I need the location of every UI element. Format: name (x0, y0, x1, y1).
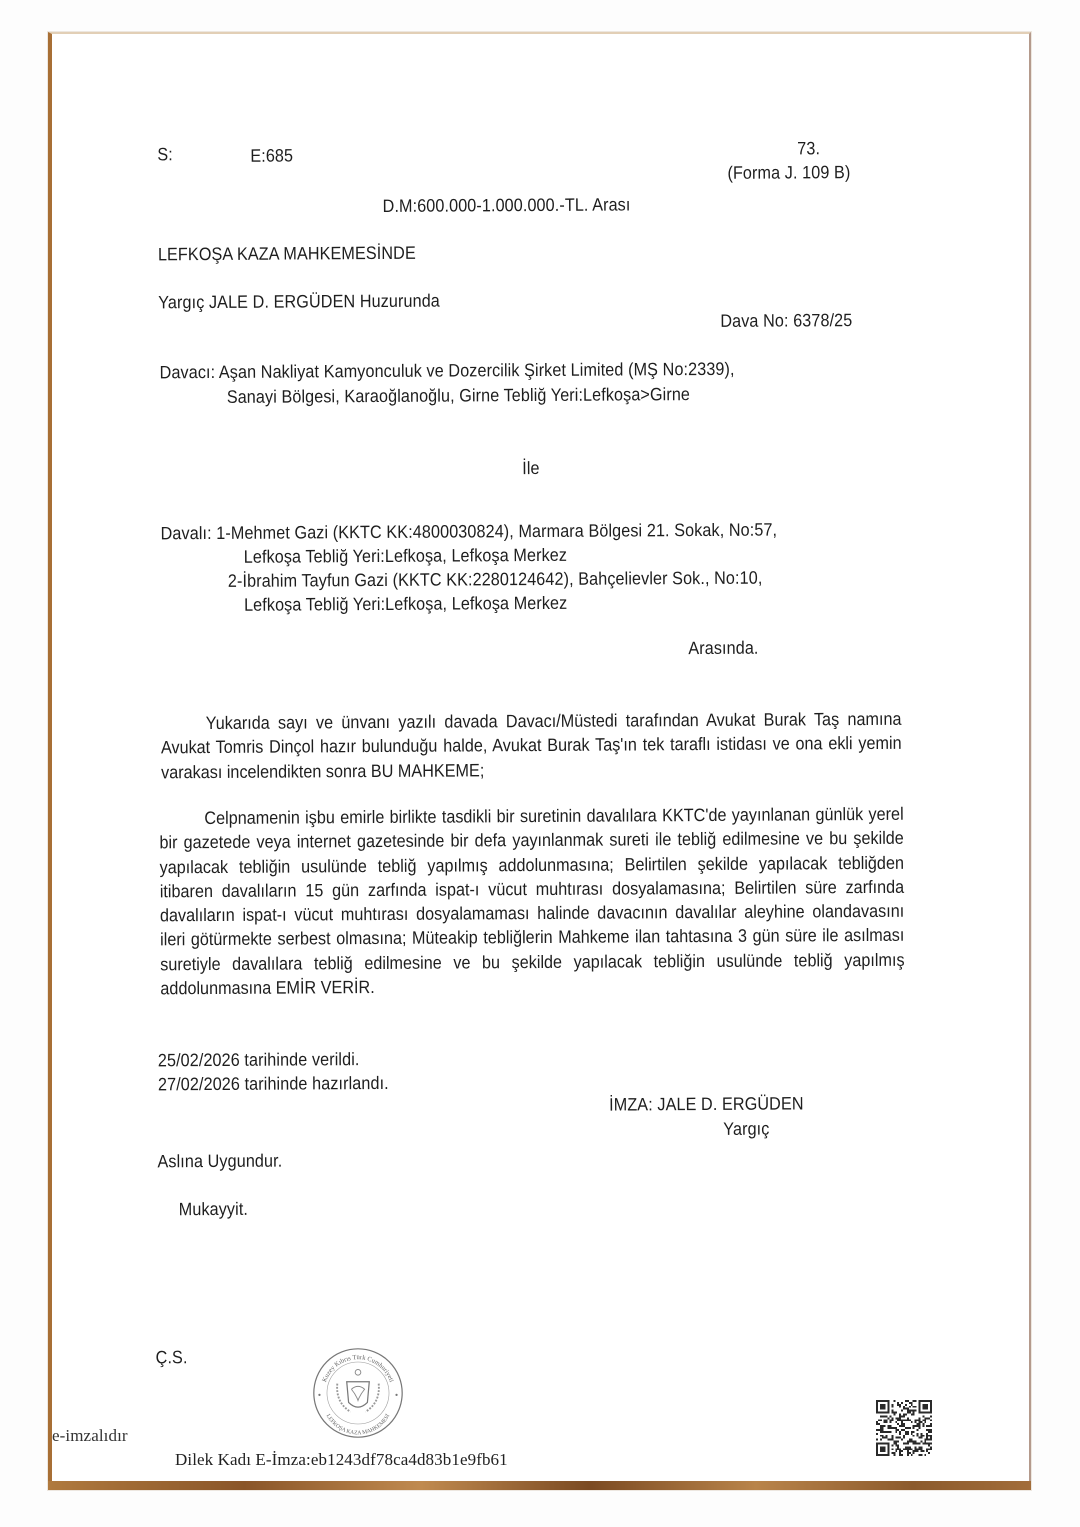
page-number: 73. (797, 136, 820, 160)
form-code: (Forma J. 109 B) (727, 160, 850, 185)
plaintiff-line-2: Sanayi Bölgesi, Karaoğlanoğlu, Girne Teb… (227, 382, 690, 409)
plaintiff-line-1: Davacı: Aşan Nakliyat Kamyonculuk ve Doz… (160, 357, 735, 385)
e-signature: Dilek Kadı E-İmza:eb1243df78ca4d83b1e9fb… (175, 1448, 508, 1472)
s-label: S: (157, 142, 173, 166)
qr-code-icon (876, 1400, 932, 1456)
e-number: E:685 (250, 143, 293, 167)
defendant-2-line-1: 2-İbrahim Tayfun Gazi (KKTC KK:228012464… (228, 566, 763, 593)
svg-text:LEFKOŞA KAZA MAHKEMESİ: LEFKOŞA KAZA MAHKEMESİ (325, 1413, 392, 1437)
e-signed-label: e-imzalıdır (52, 1424, 128, 1448)
conjunction: İle (522, 456, 540, 480)
between: Arasında. (688, 636, 758, 660)
defendant-2-line-2: Lefkoşa Tebliğ Yeri:Lefkoşa, Lefkoşa Mer… (244, 591, 567, 617)
order-body: Celpnamenin işbu emirle birlikte tasdikl… (159, 802, 904, 1001)
document-content: S: E:685 73. (Forma J. 109 B) D.M:600.00… (0, 0, 1080, 1527)
initials: Ç.S. (156, 1345, 188, 1369)
paragraph-2: Celpnamenin işbu emirle birlikte tasdikl… (159, 802, 904, 1001)
court-seal-icon: Kuzey Kıbrıs Türk Cumhuriyeti LEFKOŞA KA… (311, 1346, 405, 1440)
signature-title: Yargıç (723, 1117, 769, 1141)
registrar-text: Mukayyit. (179, 1197, 248, 1221)
issued-date: 25/02/2026 tarihinde verildi. (158, 1047, 360, 1072)
certified-text: Aslına Uygundur. (157, 1149, 282, 1174)
prepared-date: 27/02/2026 tarihinde hazırlandı. (158, 1071, 389, 1096)
order-preamble: Yukarıda sayı ve ünvanı yazılı davada Da… (161, 707, 902, 784)
defendant-1-line-2: Lefkoşa Tebliğ Yeri:Lefkoşa, Lefkoşa Mer… (244, 543, 567, 569)
signature-name: İMZA: JALE D. ERGÜDEN (609, 1091, 804, 1116)
judge-line: Yargıç JALE D. ERGÜDEN Huzurunda (158, 289, 440, 315)
court-name: LEFKOŞA KAZA MAHKEMESİNDE (158, 241, 416, 267)
svg-text:Kuzey Kıbrıs Türk Cumhuriyeti: Kuzey Kıbrıs Türk Cumhuriyeti (321, 1354, 395, 1383)
defendant-1-line-1: Davalı: 1-Mehmet Gazi (KKTC KK:480003082… (161, 518, 778, 546)
paragraph-1: Yukarıda sayı ve ünvanı yazılı davada Da… (161, 707, 902, 784)
case-number: Dava No: 6378/25 (720, 308, 852, 333)
dm-range: D.M:600.000-1.000.000.-TL. Arası (383, 192, 631, 218)
